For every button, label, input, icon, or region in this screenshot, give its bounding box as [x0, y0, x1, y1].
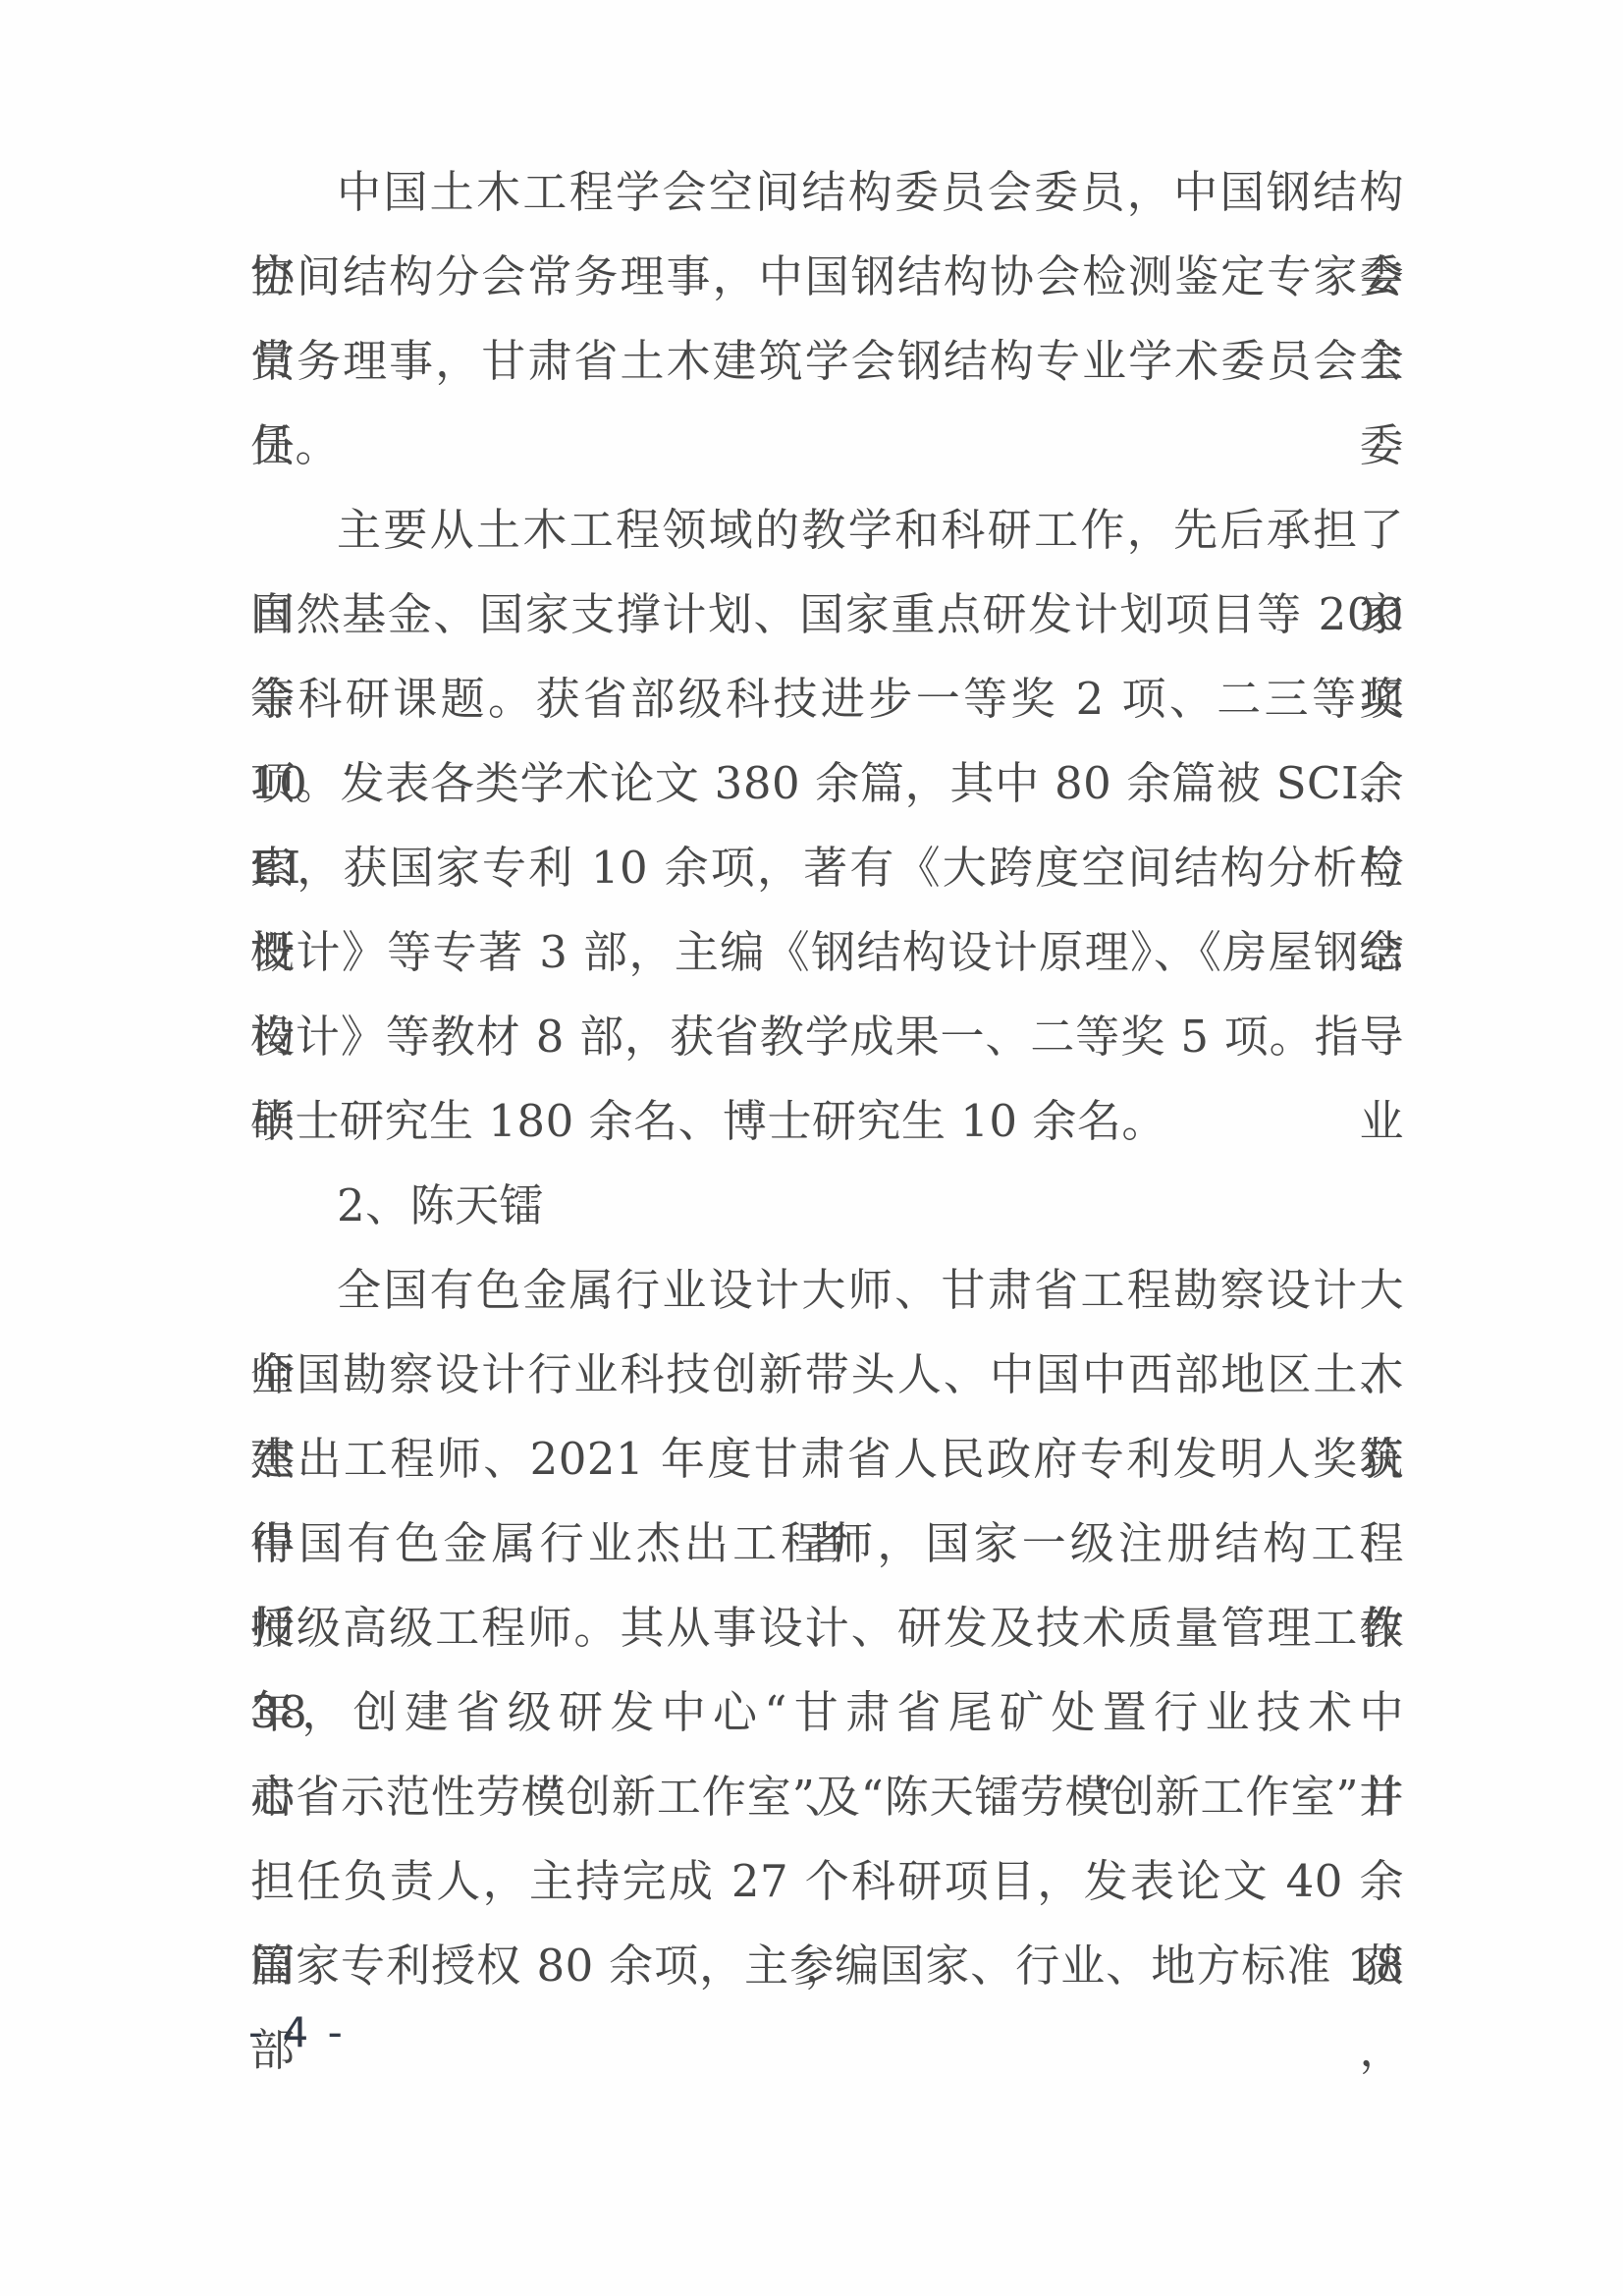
text-line: 授级高级工程师。其从事设计、研发及技术质量管理工作 38 — [250, 1586, 1404, 1670]
text-line-section-heading: 2、陈天镭 — [250, 1164, 1404, 1248]
text-line: 年，创建省级研发中心“甘肃省尾矿处置行业技术中心”、“甘 — [250, 1670, 1404, 1755]
text-line: 设计》等专著 3 部，主编《钢结构设计原理》、《房屋钢结构 — [250, 910, 1404, 995]
text-line: 全国勘察设计行业科技创新带头人、中国中西部地区土木建筑 — [250, 1333, 1404, 1417]
text-line: 担任负责人，主持完成 27 个科研项目，发表论文 40 余篇，获 — [250, 1839, 1404, 1924]
text-line: 中国土木工程学会空间结构委员会委员，中国钢结构协会 — [250, 150, 1404, 235]
text-line: 国家专利授权 80 余项，主参编国家、行业、地方标准 18 部， — [250, 1924, 1404, 2008]
text-line: 肃省示范性劳模创新工作室”及“陈天镭劳模创新工作室”并 — [250, 1755, 1404, 1839]
text-line: 主要从土木工程领域的教学和科研工作，先后承担了国家 — [250, 488, 1404, 573]
body-text-block: 中国土木工程学会空间结构委员会委员，中国钢结构协会 空间结构分会常务理事，中国钢… — [250, 150, 1404, 2008]
text-line: 项。发表各类学术论文 380 余篇，其中 80 余篇被 SCI、EI 检 — [250, 741, 1404, 826]
text-line: 等科研课题。获省部级科技进步一等奖 2 项、二三等奖 10 余 — [250, 657, 1404, 741]
text-line: 常务理事，甘肃省土木建筑学会钢结构专业学术委员会主任委 — [250, 319, 1404, 404]
text-line: 索，获国家专利 10 余项，著有《大跨度空间结构分析与概念 — [250, 826, 1404, 910]
text-line: 杰出工程师、2021 年度甘肃省人民政府专利发明人奖获得者、 — [250, 1417, 1404, 1502]
text-line: 全国有色金属行业设计大师、甘肃省工程勘察设计大师、 — [250, 1248, 1404, 1333]
text-line: 中国有色金属行业杰出工程师，国家一级注册结构工程师、教 — [250, 1502, 1404, 1586]
text-line: 设计》等教材 8 部，获省教学成果一、二等奖 5 项。指导毕业 — [250, 995, 1404, 1079]
document-page: 中国土木工程学会空间结构委员会委员，中国钢结构协会 空间结构分会常务理事，中国钢… — [0, 0, 1623, 2296]
page-number: - 4 - — [248, 2009, 346, 2056]
text-line: 空间结构分会常务理事，中国钢结构协会检测鉴定专家委员会 — [250, 235, 1404, 319]
text-line: 自然基金、国家支撑计划、国家重点研发计划项目等 200 余项 — [250, 573, 1404, 657]
